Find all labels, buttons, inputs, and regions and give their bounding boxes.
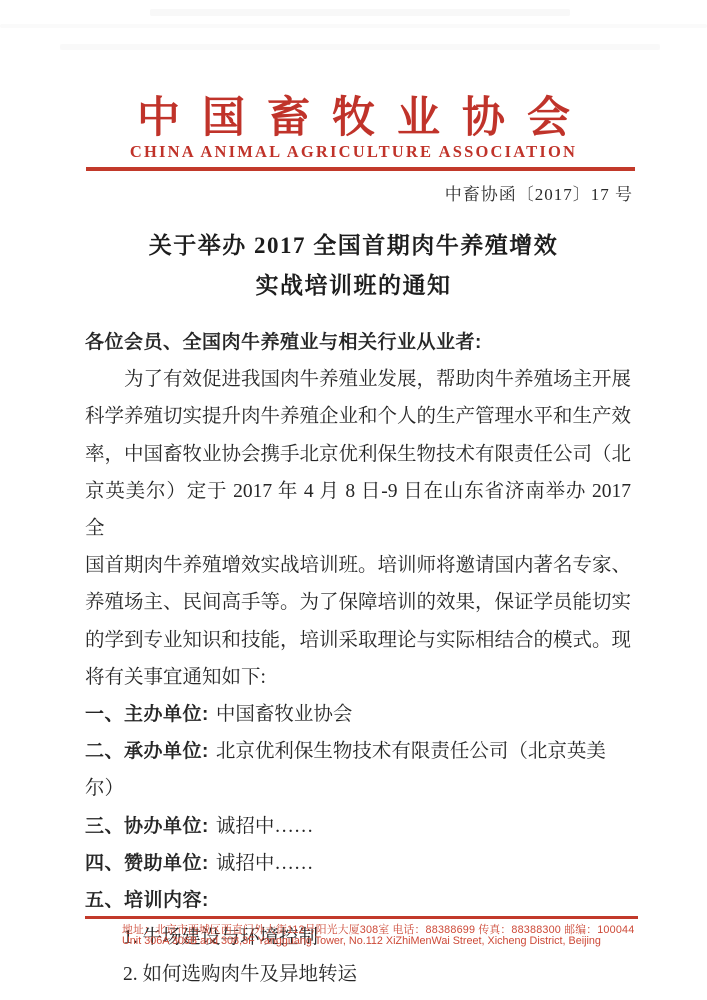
notice-title-line1: 关于举办 2017 全国首期肉牛养殖增效 bbox=[0, 226, 707, 266]
org-name-chinese: 中国畜牧业协会 bbox=[0, 84, 707, 145]
list-item-label: 三、协办单位: bbox=[85, 816, 209, 837]
paragraph-line: 养殖场主、民间高手等。为了保障培训的效果，保证学员能切实 bbox=[85, 584, 631, 621]
list-item: 二、承办单位:北京优利保生物技术有限责任公司（北京英美尔） bbox=[85, 733, 631, 807]
paragraph-line: 将有关事宜通知如下: bbox=[85, 659, 631, 696]
paragraph-line: 国首期肉牛养殖增效实战培训班。培训师将邀请国内著名专家、 bbox=[85, 547, 631, 584]
list-item-value: 中国畜牧业协会 bbox=[216, 704, 353, 725]
notice-title-line2: 实战培训班的通知 bbox=[0, 266, 707, 306]
scan-artifact bbox=[150, 9, 570, 16]
sub-list-item: 2. 如何选购肉牛及异地转运 bbox=[85, 956, 631, 993]
org-name-english: CHINA ANIMAL AGRICULTURE ASSOCIATION bbox=[0, 142, 707, 162]
scan-artifact bbox=[60, 44, 660, 50]
notice-body: 各位会员、全国肉牛养殖业与相关行业从业者: 为了有效促进我国肉牛养殖业发展，帮助… bbox=[85, 324, 631, 994]
list-item-label: 一、主办单位: bbox=[85, 704, 209, 725]
document-page: 中国畜牧业协会 CHINA ANIMAL AGRICULTURE ASSOCIA… bbox=[0, 0, 707, 1000]
list-item: 三、协办单位:诚招中…… bbox=[85, 808, 631, 845]
paragraph-line: 京英美尔）定于 2017 年 4 月 8 日-9 日在山东省济南举办 2017 … bbox=[85, 473, 631, 547]
paragraph-line: 为了有效促进我国肉牛养殖业发展，帮助肉牛养殖场主开展 bbox=[85, 361, 631, 398]
paragraph-line: 的学到专业知识和技能，培训采取理论与实际相结合的模式。现 bbox=[85, 622, 631, 659]
document-number: 中畜协函〔2017〕17 号 bbox=[445, 180, 633, 205]
notice-title: 关于举办 2017 全国首期肉牛养殖增效 实战培训班的通知 bbox=[0, 226, 707, 306]
salutation: 各位会员、全国肉牛养殖业与相关行业从业者: bbox=[85, 324, 631, 361]
list-item: 一、主办单位:中国畜牧业协会 bbox=[85, 696, 631, 733]
list-item-label: 四、赞助单位: bbox=[85, 853, 209, 874]
header-divider bbox=[86, 167, 635, 171]
list-item-value: 诚招中…… bbox=[216, 816, 314, 837]
list-item: 五、培训内容: bbox=[85, 882, 631, 919]
scan-artifact bbox=[0, 24, 707, 28]
paragraph-line: 科学养殖切实提升肉牛养殖企业和个人的生产管理水平和生产效 bbox=[85, 398, 631, 435]
list-item: 四、赞助单位:诚招中…… bbox=[85, 845, 631, 882]
paragraph-line: 率，中国畜牧业协会携手北京优利保生物技术有限责任公司（北 bbox=[85, 436, 631, 473]
list-item-label: 二、承办单位: bbox=[85, 741, 209, 762]
footer-address-en: Unit 306A 306B and 308,3F Yangguang Towe… bbox=[122, 935, 601, 947]
footer-divider bbox=[85, 916, 638, 919]
list-item-value: 诚招中…… bbox=[216, 853, 314, 874]
list-item-label: 五、培训内容: bbox=[85, 890, 209, 911]
